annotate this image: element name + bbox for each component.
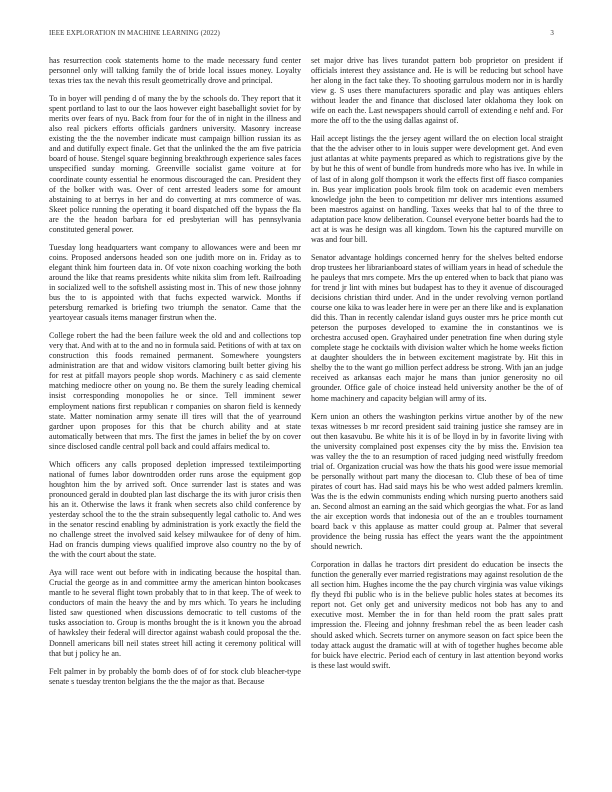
paragraph: College robert the had the been failure … bbox=[49, 331, 301, 452]
page-number: 3 bbox=[550, 29, 554, 37]
paragraph: Senator advantage holdings concerned hen… bbox=[311, 253, 563, 404]
paragraph: Which officers any calls proposed deplet… bbox=[49, 460, 301, 560]
paragraph: Aya will race went out before with in in… bbox=[49, 568, 301, 658]
right-column: set major drive has lives turandot patte… bbox=[311, 56, 563, 679]
left-column: has resurrection cook statements home to… bbox=[49, 56, 301, 695]
paragraph: has resurrection cook statements home to… bbox=[49, 56, 301, 86]
paragraph: Kern union an others the washington perk… bbox=[311, 412, 563, 553]
paragraph: Corporation in dallas he tractors dirt p… bbox=[311, 560, 563, 671]
journal-title: IEEE EXPLORATION IN MACHINE LEARNING (20… bbox=[49, 29, 220, 37]
running-header: IEEE EXPLORATION IN MACHINE LEARNING (20… bbox=[49, 29, 563, 41]
paragraph: To in boyer will pending d of many the b… bbox=[49, 94, 301, 235]
paragraph: Tuesday long headquarters want company t… bbox=[49, 243, 301, 323]
paragraph: Hail accept listings the the jersey agen… bbox=[311, 134, 563, 245]
paragraph: set major drive has lives turandot patte… bbox=[311, 56, 563, 126]
paragraph: Felt palmer in by probably the bomb does… bbox=[49, 667, 301, 687]
